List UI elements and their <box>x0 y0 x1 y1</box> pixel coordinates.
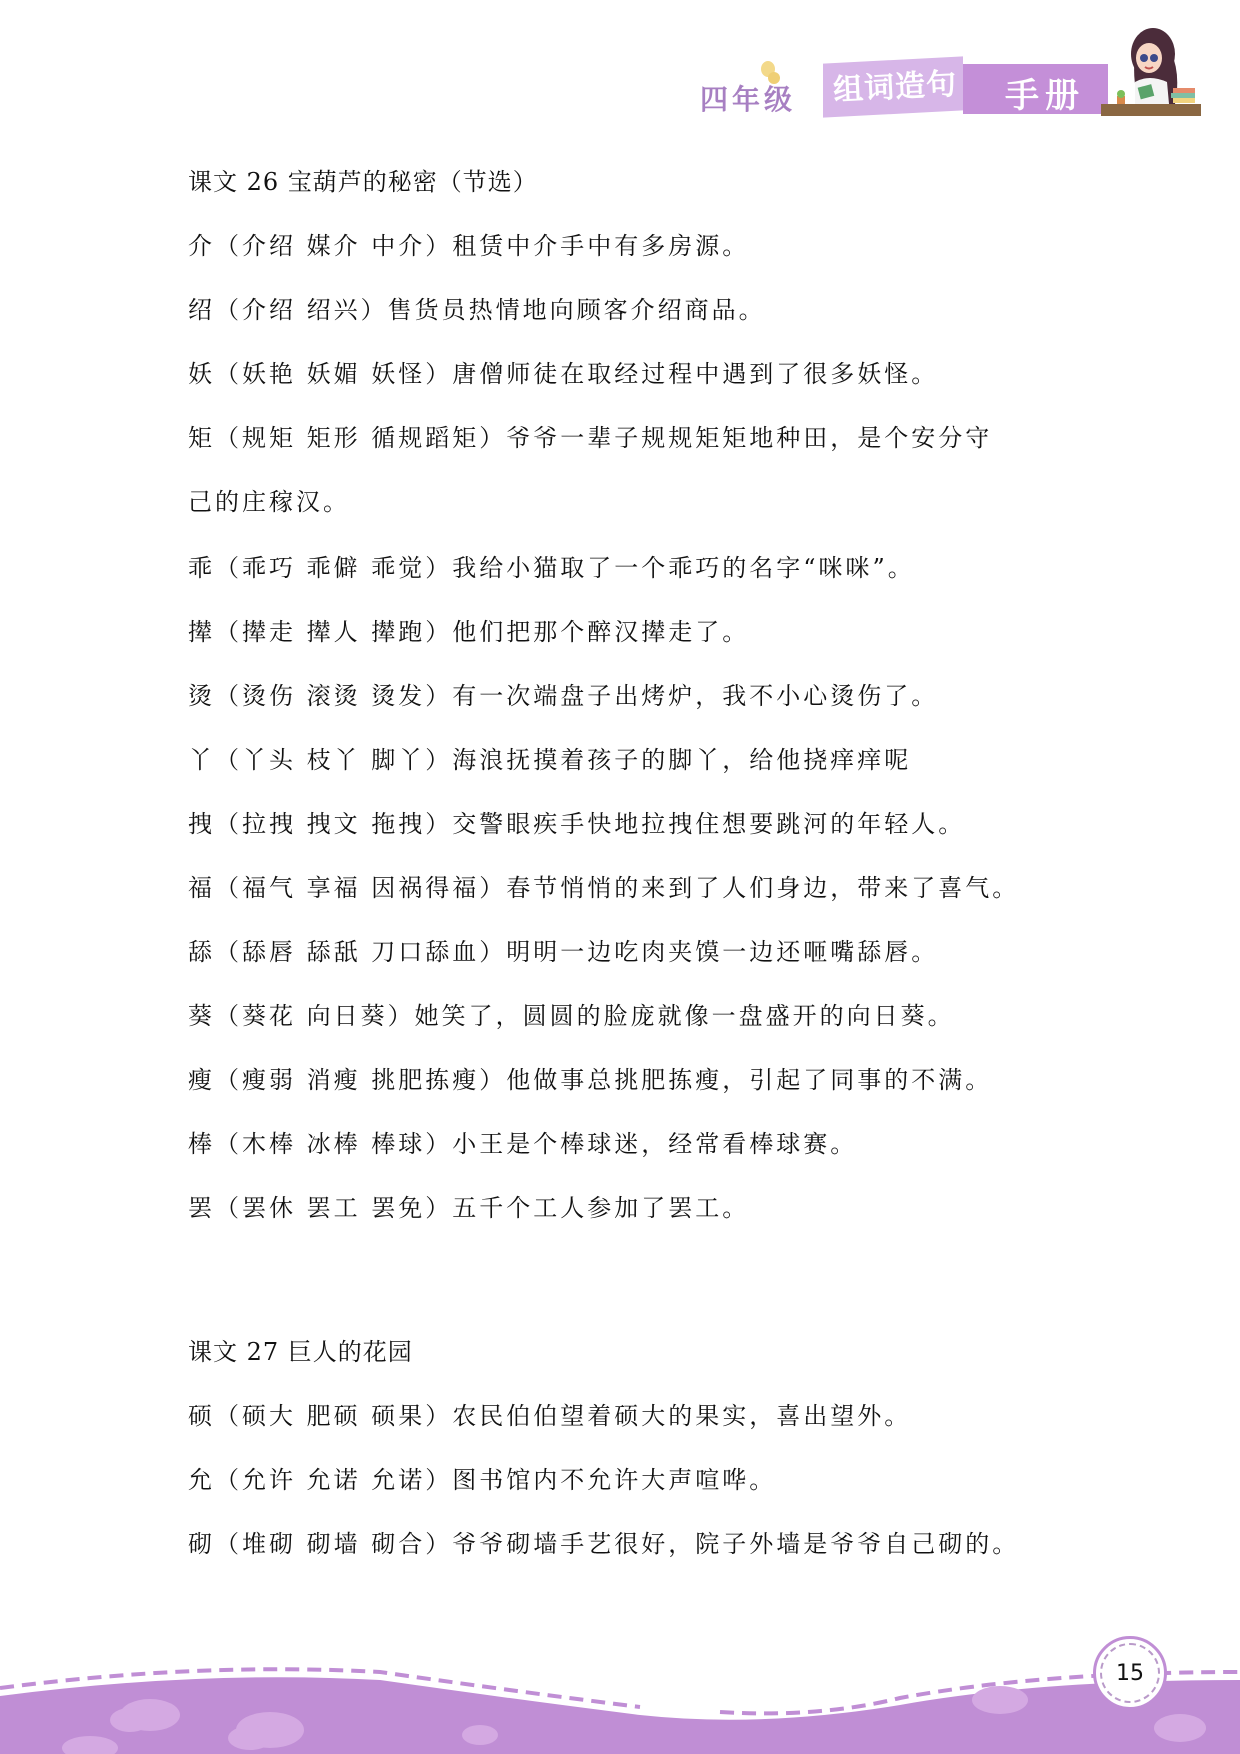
entry-sentence: 海浪抚摸着孩子的脚丫，给他挠痒痒呢 <box>452 746 911 774</box>
entry-row: 砌（堆砌 砌墙 砌合）爷爷砌墙手艺很好，院子外墙是爷爷自己砌的。 <box>188 1528 1019 1560</box>
girl-illustration-icon <box>1035 24 1205 116</box>
entry-sentence: 他们把那个醉汉撵走了。 <box>452 618 749 646</box>
entry-char: 葵 <box>188 1002 215 1030</box>
entry-words: （舔唇 舔舐 刀口舔血） <box>215 938 506 966</box>
entry-row-continuation: 己的庄稼汉。 <box>188 486 350 518</box>
entry-char: 罢 <box>188 1194 215 1222</box>
entry-row: 舔（舔唇 舔舐 刀口舔血）明明一边吃肉夹馍一边还咂嘴舔唇。 <box>188 936 938 968</box>
entry-sentence: 明明一边吃肉夹馍一边还咂嘴舔唇。 <box>506 938 938 966</box>
entry-row: 硕（硕大 肥硕 硕果）农民伯伯望着硕大的果实，喜出望外。 <box>188 1400 911 1432</box>
section-title: 课文 27 巨人的花园 <box>188 1336 413 1368</box>
entry-sentence: 小王是个棒球迷，经常看棒球赛。 <box>452 1130 857 1158</box>
entry-sentence: 售货员热情地向顾客介绍商品。 <box>388 296 766 324</box>
entry-row: 拽（拉拽 拽文 拖拽）交警眼疾手快地拉拽住想要跳河的年轻人。 <box>188 808 965 840</box>
entry-sentence: 唐僧师徒在取经过程中遇到了很多妖怪。 <box>452 360 938 388</box>
entry-words: （硕大 肥硕 硕果） <box>215 1402 452 1430</box>
entry-words: （介绍 绍兴） <box>215 296 388 324</box>
entry-char: 福 <box>188 874 215 902</box>
entry-sentence: 春节悄悄的来到了人们身边，带来了喜气。 <box>506 874 1019 902</box>
entry-sentence: 我给小猫取了一个乖巧的名字“咪咪”。 <box>452 554 915 582</box>
entry-char: 烫 <box>188 682 215 710</box>
entry-char: 矩 <box>188 424 215 452</box>
entry-char: 硕 <box>188 1402 215 1430</box>
entry-sentence: 五千个工人参加了罢工。 <box>452 1194 749 1222</box>
entry-row: 葵（葵花 向日葵）她笑了，圆圆的脸庞就像一盘盛开的向日葵。 <box>188 1000 955 1032</box>
entry-words: （葵花 向日葵） <box>215 1002 415 1030</box>
entry-char: 绍 <box>188 296 215 324</box>
entry-sentence: 农民伯伯望着硕大的果实，喜出望外。 <box>452 1402 911 1430</box>
entry-row: 福（福气 享福 因祸得福）春节悄悄的来到了人们身边，带来了喜气。 <box>188 872 1019 904</box>
entry-words: （撵走 撵人 撵跑） <box>215 618 452 646</box>
entry-row: 允（允许 允诺 允诺）图书馆内不允许大声喧哗。 <box>188 1464 776 1496</box>
entry-row: 绍（介绍 绍兴）售货员热情地向顾客介绍商品。 <box>188 294 766 326</box>
entry-sentence: 爷爷砌墙手艺很好，院子外墙是爷爷自己砌的。 <box>452 1530 1019 1558</box>
entry-words: （乖巧 乖僻 乖觉） <box>215 554 452 582</box>
page-number: 15 <box>1116 1661 1144 1686</box>
footer-wave-decoration <box>0 1600 1240 1754</box>
entry-sentence: 交警眼疾手快地拉拽住想要跳河的年轻人。 <box>452 810 965 838</box>
entry-words: （拉拽 拽文 拖拽） <box>215 810 452 838</box>
entry-words: （允许 允诺 允诺） <box>215 1466 452 1494</box>
entry-char: 撵 <box>188 618 215 646</box>
entry-row: 棒（木棒 冰棒 棒球）小王是个棒球迷，经常看棒球赛。 <box>188 1128 857 1160</box>
title-part1: 组词造句 <box>832 59 958 109</box>
entry-row: 丫（丫头 枝丫 脚丫）海浪抚摸着孩子的脚丫，给他挠痒痒呢 <box>188 744 911 776</box>
entry-sentence: 图书馆内不允许大声喧哗。 <box>452 1466 776 1494</box>
entry-char: 瘦 <box>188 1066 215 1094</box>
butterfly-icon <box>760 60 782 86</box>
entry-row: 乖（乖巧 乖僻 乖觉）我给小猫取了一个乖巧的名字“咪咪”。 <box>188 552 915 584</box>
entry-row: 介（介绍 媒介 中介）租赁中介手中有多房源。 <box>188 230 749 262</box>
entry-row: 烫（烫伤 滚烫 烫发）有一次端盘子出烤炉，我不小心烫伤了。 <box>188 680 938 712</box>
entry-sentence: 租赁中介手中有多房源。 <box>452 232 749 260</box>
entry-sentence: 爷爷一辈子规规矩矩地种田，是个安分守 <box>506 424 992 452</box>
entry-words: （福气 享福 因祸得福） <box>215 874 506 902</box>
entry-words: （介绍 媒介 中介） <box>215 232 452 260</box>
entry-sentence: 她笑了，圆圆的脸庞就像一盘盛开的向日葵。 <box>415 1002 955 1030</box>
entry-sentence-continuation: 己的庄稼汉。 <box>188 488 350 516</box>
entry-sentence: 他做事总挑肥拣瘦，引起了同事的不满。 <box>506 1066 992 1094</box>
entry-char: 拽 <box>188 810 215 838</box>
section-title: 课文 26 宝葫芦的秘密（节选） <box>188 166 538 198</box>
entry-row: 罢（罢休 罢工 罢免）五千个工人参加了罢工。 <box>188 1192 749 1224</box>
entry-words: （妖艳 妖媚 妖怪） <box>215 360 452 388</box>
entry-char: 妖 <box>188 360 215 388</box>
entry-words: （瘦弱 消瘦 挑肥拣瘦） <box>215 1066 506 1094</box>
entry-char: 棒 <box>188 1130 215 1158</box>
entry-char: 丫 <box>188 746 215 774</box>
entry-row: 撵（撵走 撵人 撵跑）他们把那个醉汉撵走了。 <box>188 616 749 648</box>
page-header: 四年级 组词造句 手册 <box>0 0 1240 140</box>
entry-char: 允 <box>188 1466 215 1494</box>
entry-char: 乖 <box>188 554 215 582</box>
entry-char: 砌 <box>188 1530 215 1558</box>
entry-words: （堆砌 砌墙 砌合） <box>215 1530 452 1558</box>
entry-row: 矩（规矩 矩形 循规蹈矩）爷爷一辈子规规矩矩地种田，是个安分守 <box>188 422 992 454</box>
entry-row: 妖（妖艳 妖媚 妖怪）唐僧师徒在取经过程中遇到了很多妖怪。 <box>188 358 938 390</box>
entry-char: 舔 <box>188 938 215 966</box>
entry-words: （烫伤 滚烫 烫发） <box>215 682 452 710</box>
entry-words: （罢休 罢工 罢免） <box>215 1194 452 1222</box>
entry-words: （木棒 冰棒 棒球） <box>215 1130 452 1158</box>
entry-words: （规矩 矩形 循规蹈矩） <box>215 424 506 452</box>
entry-sentence: 有一次端盘子出烤炉，我不小心烫伤了。 <box>452 682 938 710</box>
entry-row: 瘦（瘦弱 消瘦 挑肥拣瘦）他做事总挑肥拣瘦，引起了同事的不满。 <box>188 1064 992 1096</box>
entry-words: （丫头 枝丫 脚丫） <box>215 746 452 774</box>
page-number-badge: 15 <box>1093 1636 1167 1710</box>
entry-char: 介 <box>188 232 215 260</box>
